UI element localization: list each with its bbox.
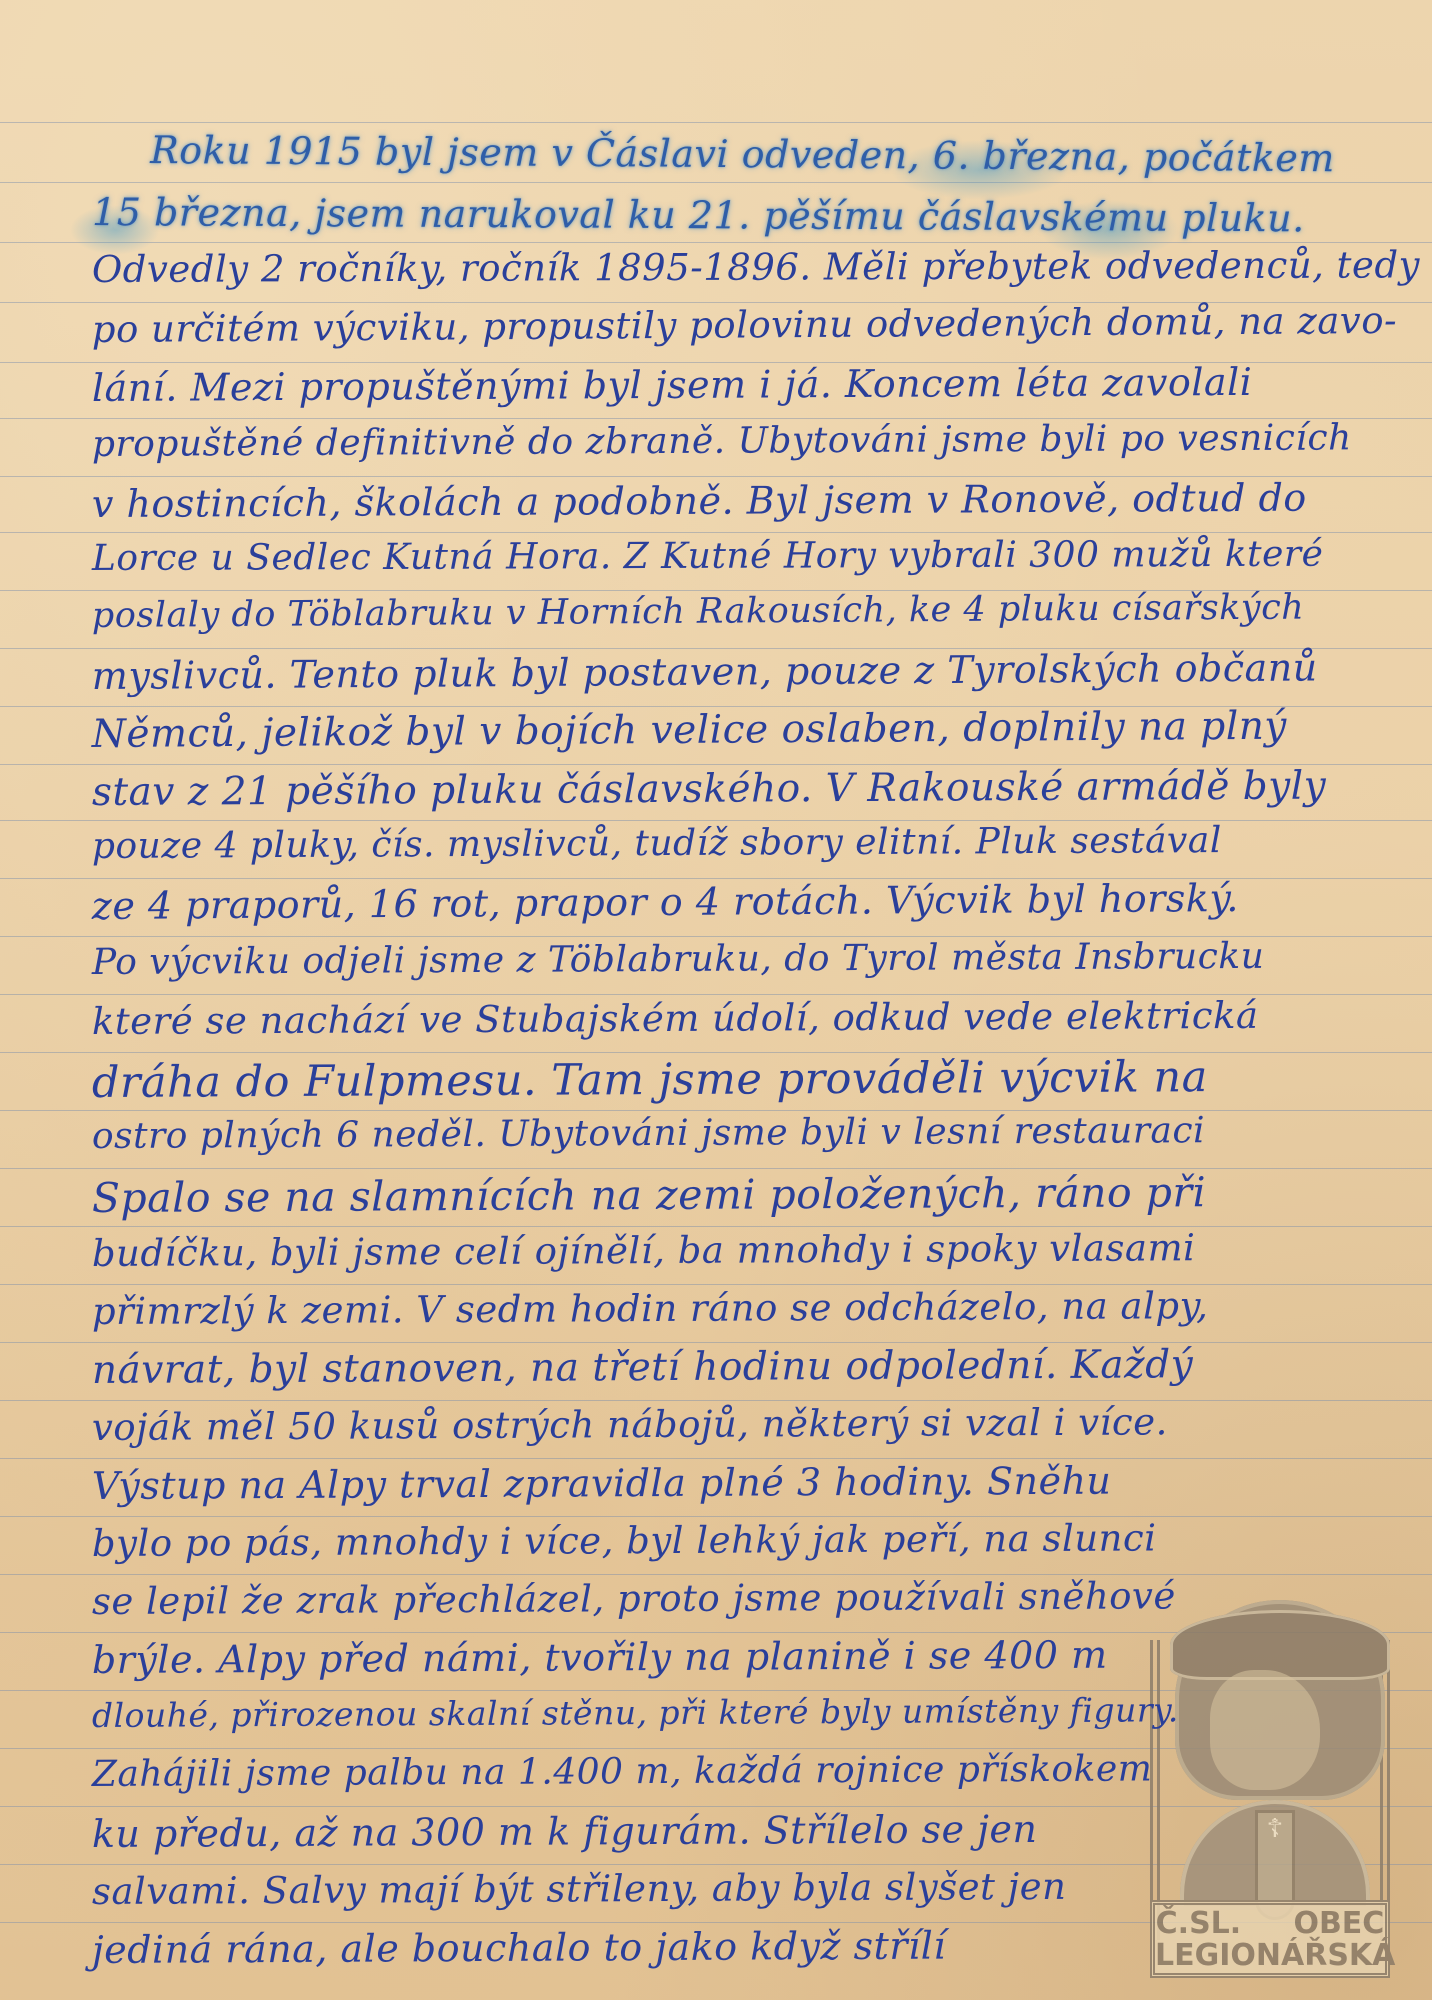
manuscript-line: Němců, jelikož byl v bojích velice oslab…: [92, 704, 1287, 757]
manuscript-line: budíčku, byli jsme celí ojínělí, ba mnoh…: [92, 1226, 1196, 1275]
ruled-line: [0, 532, 1432, 533]
ruled-line: [0, 242, 1432, 243]
manuscript-line: bylo po pás, mnohdy i více, byl lehký ja…: [92, 1516, 1157, 1565]
ruled-line: [0, 1516, 1432, 1517]
manuscript-line: Spalo se na slamnících na zemi položenýc…: [92, 1168, 1207, 1222]
manuscript-line: brýle. Alpy před námi, tvořily na planin…: [92, 1633, 1108, 1682]
manuscript-line: salvami. Salvy mají být střileny, aby by…: [92, 1865, 1067, 1913]
ruled-line: [0, 1574, 1432, 1575]
emblem-text-line1: Č.SL.: [1156, 1906, 1242, 1941]
manuscript-line: Po výcviku odjeli jsme z Töblabruku, do …: [92, 936, 1265, 983]
manuscript-line: návrat, byl stanoven, na třetí hodinu od…: [92, 1342, 1194, 1393]
manuscript-line: myslivců. Tento pluk byl postaven, pouze…: [92, 645, 1318, 698]
manuscript-line: voják měl 50 kusů ostrých nábojů, někter…: [92, 1400, 1168, 1449]
manuscript-line: dráha do Fulpmesu. Tam jsme prováděli vý…: [92, 1052, 1208, 1108]
double-cross-icon: ☦: [1255, 1814, 1295, 1844]
manuscript-line: dlouhé, přirozenou skalní stěnu, při kte…: [92, 1690, 1179, 1735]
manuscript-line: 15 března, jsem narukoval ku 21. pěšímu …: [92, 190, 1305, 240]
manuscript-line: jediná rána, ale bouchalo to jako když s…: [92, 1924, 946, 1972]
manuscript-line: po určitém výcviku, propustily polovinu …: [92, 299, 1397, 351]
manuscript-line: lání. Mezi propuštěnými byl jsem i já. K…: [92, 360, 1253, 410]
emblem-text-line1b: OBEC: [1293, 1906, 1384, 1941]
manuscript-line: pouze 4 pluky, čís. myslivců, tudíž sbor…: [92, 820, 1222, 867]
manuscript-line: Roku 1915 byl jsem v Čáslavi odveden, 6.…: [150, 128, 1335, 180]
ruled-line: [0, 1458, 1432, 1459]
manuscript-line: poslaly do Töblabruku v Horních Rakousíc…: [92, 588, 1305, 636]
manuscript-line: Odvedly 2 ročníky, ročník 1895-1896. Měl…: [92, 243, 1420, 291]
face-icon: [1210, 1670, 1320, 1790]
ruled-line: [0, 1400, 1432, 1401]
emblem-text: Č.SL. OBEC LEGIONÁŘSKÁ: [1150, 1900, 1390, 1978]
ruled-line: [0, 1226, 1432, 1227]
manuscript-line: Zahájili jsme palbu na 1.400 m, každá ro…: [92, 1748, 1153, 1795]
manuscript-line: stav z 21 pěšího pluku čáslavského. V Ra…: [92, 764, 1327, 815]
ruled-line: [0, 1342, 1432, 1343]
manuscript-line: Výstup na Alpy trval zpravidla plné 3 ho…: [92, 1459, 1112, 1508]
ruled-line: [0, 182, 1432, 183]
helmet-icon: [1170, 1610, 1390, 1680]
emblem-text-line2: LEGIONÁŘSKÁ: [1155, 1940, 1385, 1972]
manuscript-line: přimrzlý k zemi. V sedm hodin ráno se od…: [92, 1284, 1209, 1333]
legion-emblem-watermark: ☦ Č.SL. OBEC LEGIONÁŘSKÁ: [1150, 1600, 1390, 1980]
manuscript-line: ze 4 praporů, 16 rot, prapor o 4 rotách.…: [92, 876, 1239, 928]
ruled-line: [0, 1168, 1432, 1169]
manuscript-line: které se nachází ve Stubajském údolí, od…: [92, 994, 1259, 1043]
manuscript-line: propuštěné definitivně do zbraně. Ubytov…: [92, 417, 1352, 465]
ruled-line: [0, 122, 1432, 123]
manuscript-line: ostro plných 6 neděl. Ubytováni jsme byl…: [92, 1110, 1205, 1157]
manuscript-page: ☦ Č.SL. OBEC LEGIONÁŘSKÁ Roku 1915 byl j…: [0, 0, 1432, 2000]
ruled-line: [0, 1110, 1432, 1111]
manuscript-line: ku předu, až na 300 m k figurám. Střílel…: [92, 1807, 1038, 1856]
manuscript-line: Lorce u Sedlec Kutná Hora. Z Kutné Hory …: [92, 534, 1324, 579]
ruled-line: [0, 1284, 1432, 1285]
ruled-line: [0, 1052, 1432, 1053]
manuscript-line: v hostincích, školách a podobně. Byl jse…: [92, 476, 1307, 526]
manuscript-line: se lepil že zrak přechlázel, proto jsme …: [92, 1574, 1176, 1623]
